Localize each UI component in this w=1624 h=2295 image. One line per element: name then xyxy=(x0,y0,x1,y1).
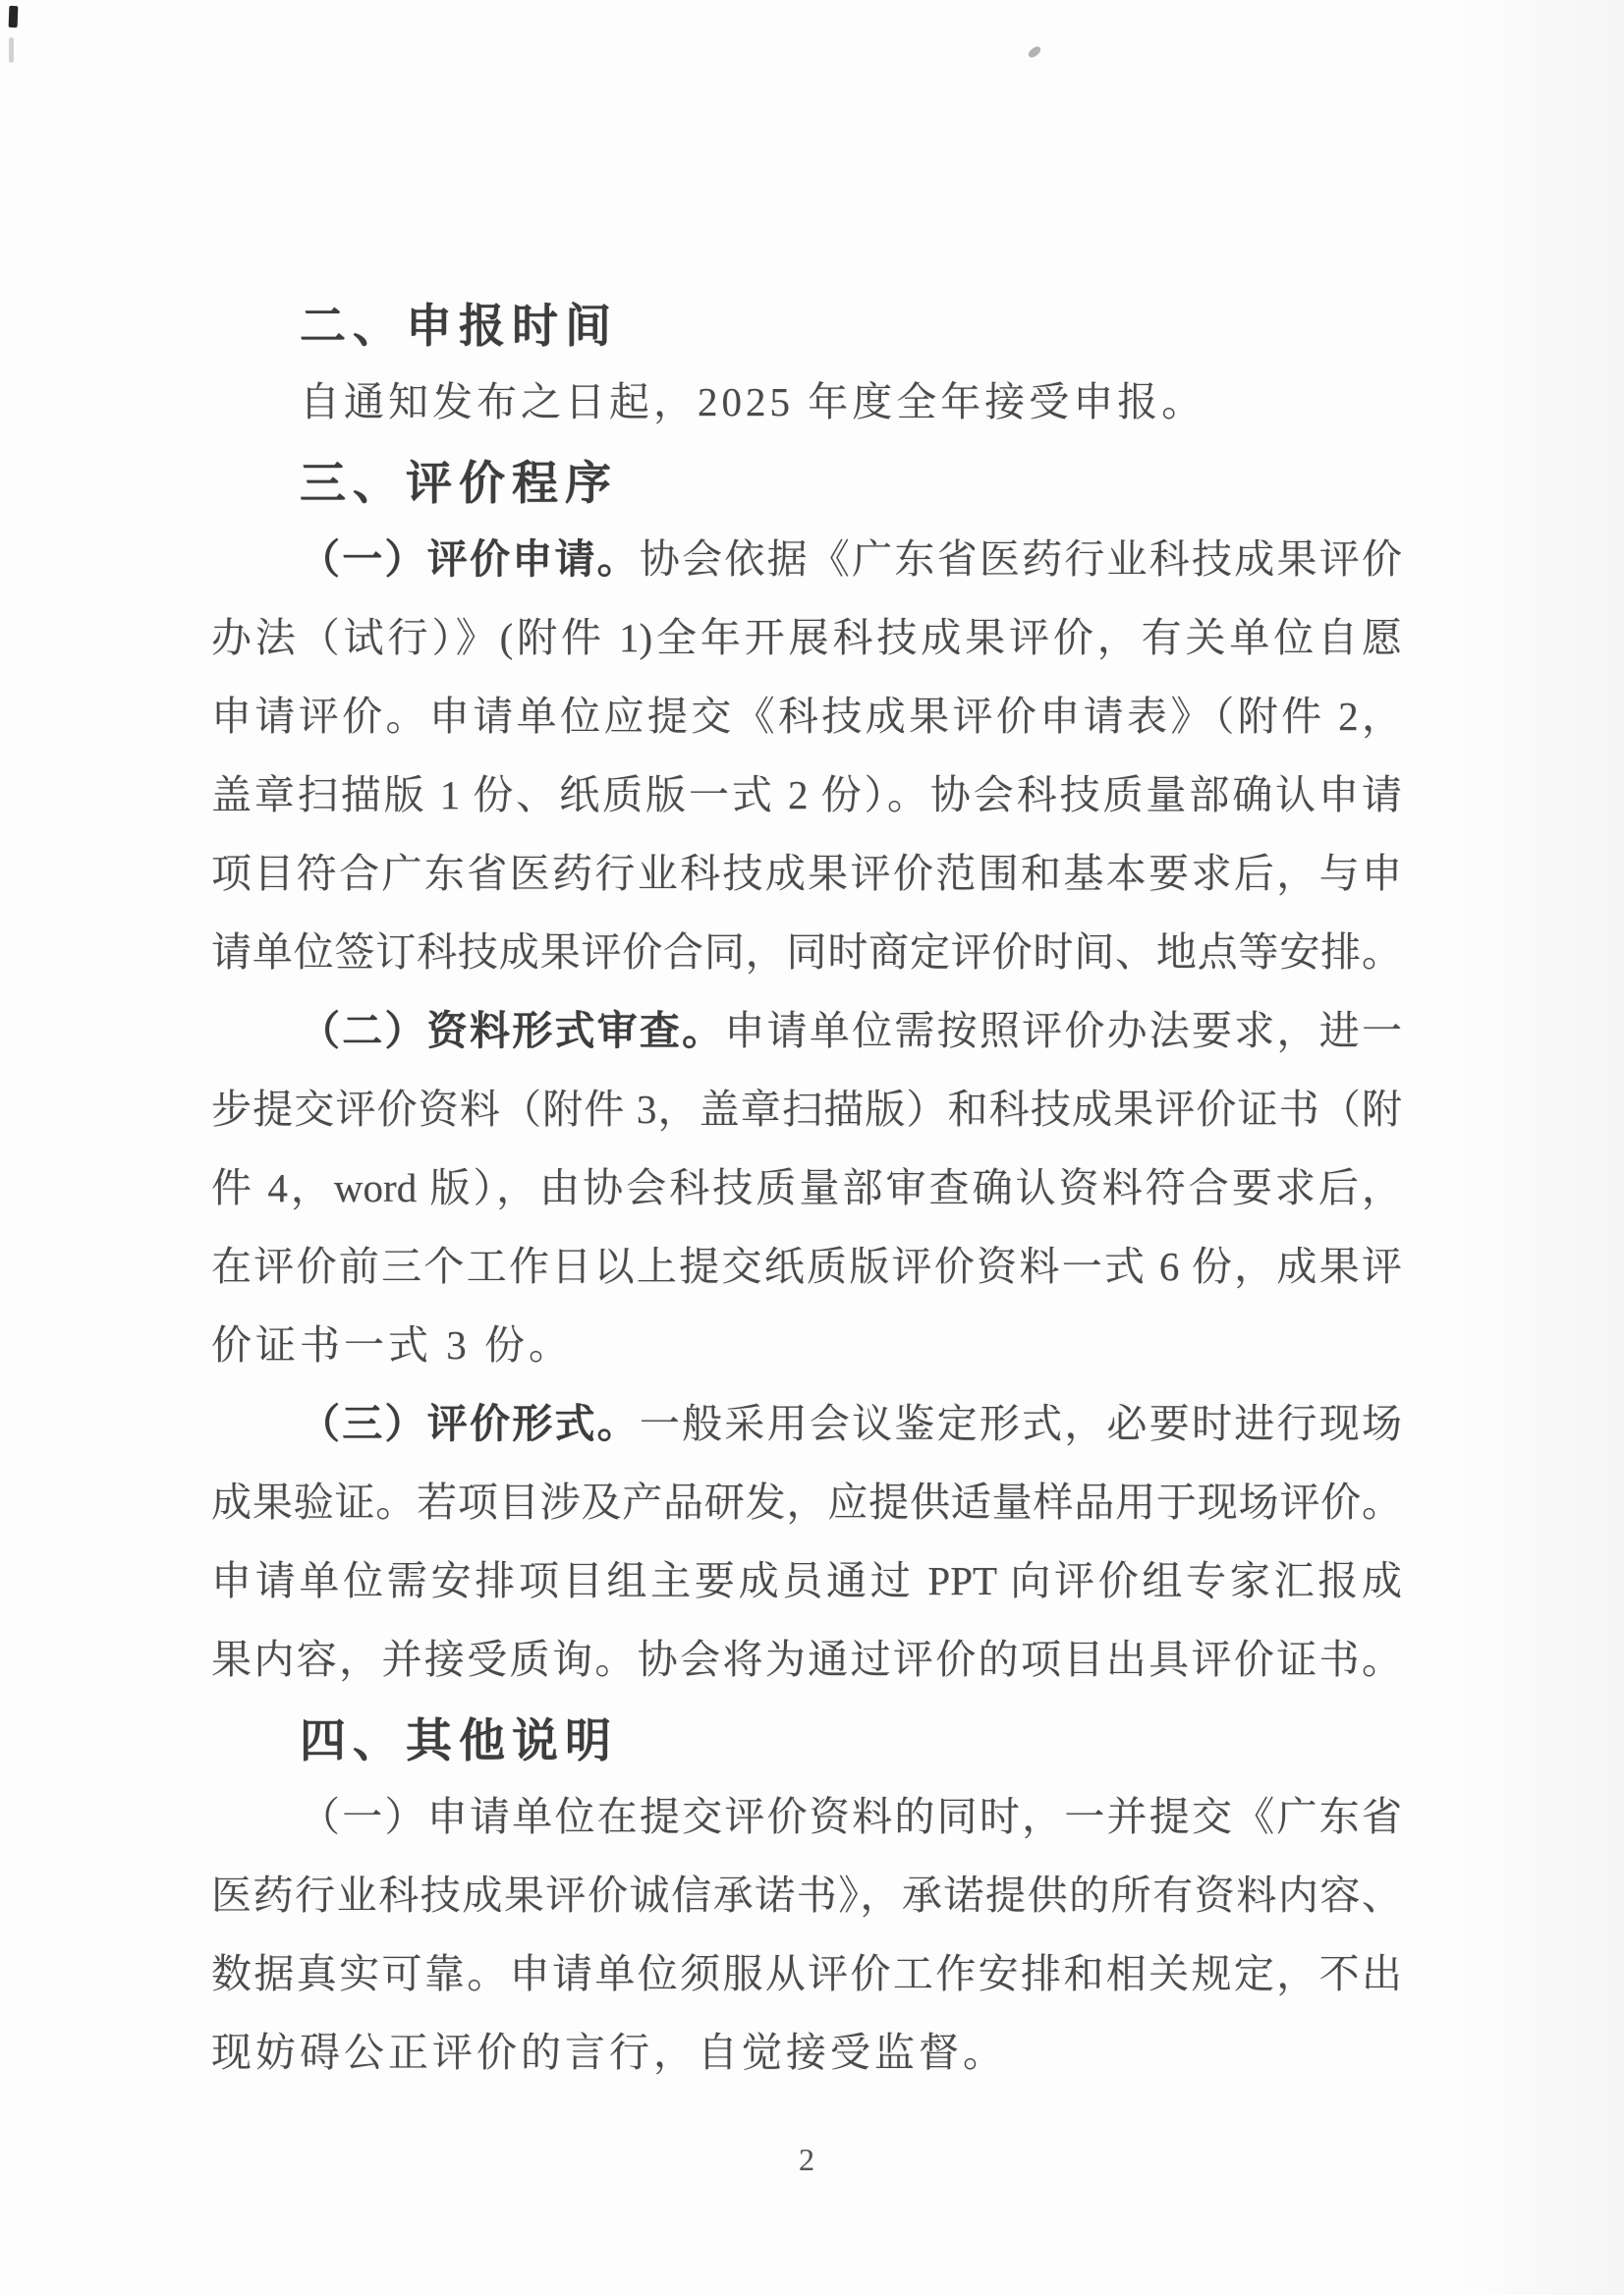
section-heading: 二、申报时间 xyxy=(211,300,1402,355)
line-text: 步提交评价资料（附件 3，盖章扫描版）和科技成果评价证书（附 xyxy=(211,1087,1402,1132)
run-in-heading: （三）评价形式。 xyxy=(300,1401,640,1446)
line-text: 一般采用会议鉴定形式，必要时进行现场 xyxy=(640,1401,1402,1446)
scan-artifact-dash-icon xyxy=(9,6,19,28)
text-line: 自通知发布之日起，2025 年度全年接受申报。 xyxy=(211,378,1402,426)
run-in-heading: （一）评价申请。 xyxy=(300,536,640,582)
line-text: 申请单位需安排项目组主要成员通过 PPT 向评价组专家汇报成 xyxy=(211,1558,1402,1603)
line-text: 请单位签订科技成果评价合同，同时商定评价时间、地点等安排。 xyxy=(211,929,1402,975)
text-line: 成果验证。若项目涉及产品研发，应提供适量样品用于现场评价。 xyxy=(211,1479,1402,1527)
line-text: 成果验证。若项目涉及产品研发，应提供适量样品用于现场评价。 xyxy=(211,1480,1402,1525)
text-line: 申请单位需安排项目组主要成员通过 PPT 向评价组专家汇报成 xyxy=(211,1557,1402,1605)
line-text: 盖章扫描版 1 份、纸质版一式 2 份）。协会科技质量部确认申请 xyxy=(211,772,1402,817)
line-text: 项目符合广东省医药行业科技成果评价范围和基本要求后，与申 xyxy=(211,851,1402,896)
section-heading-text: 三、评价程序 xyxy=(300,457,618,511)
text-line: 项目符合广东省医药行业科技成果评价范围和基本要求后，与申 xyxy=(211,850,1402,898)
line-text: 价证书一式 3 份。 xyxy=(211,1322,573,1368)
line-text: 办法（试行）》(附件 1)全年开展科技成果评价，有关单位自愿 xyxy=(211,615,1402,660)
section-heading: 三、评价程序 xyxy=(211,457,1402,512)
text-line: 办法（试行）》(附件 1)全年开展科技成果评价，有关单位自愿 xyxy=(211,614,1402,662)
text-line: 在评价前三个工作日以上提交纸质版评价资料一式 6 份，成果评 xyxy=(211,1243,1402,1291)
text-line: 医药行业科技成果评价诚信承诺书》，承诺提供的所有资料内容、 xyxy=(211,1872,1402,1920)
line-text: （一）申请单位在提交评价资料的同时，一并提交《广东省 xyxy=(300,1794,1402,1839)
line-text: 数据真实可靠。申请单位须服从评价工作安排和相关规定，不出 xyxy=(211,1951,1402,1996)
text-line: （三）评价形式。一般采用会议鉴定形式，必要时进行现场 xyxy=(211,1400,1402,1448)
text-line: （二）资料形式审查。申请单位需按照评价办法要求，进一 xyxy=(211,1007,1402,1055)
line-text: 在评价前三个工作日以上提交纸质版评价资料一式 6 份，成果评 xyxy=(211,1244,1402,1289)
text-line: 步提交评价资料（附件 3，盖章扫描版）和科技成果评价证书（附 xyxy=(211,1086,1402,1134)
line-text: 果内容，并接受质询。协会将为通过评价的项目出具评价证书。 xyxy=(211,1637,1402,1682)
text-line: 现妨碍公正评价的言行，自觉接受监督。 xyxy=(211,2029,1402,2077)
run-in-heading: （二）资料形式审查。 xyxy=(300,1008,724,1053)
line-text: 件 4，word 版），由协会科技质量部审查确认资料符合要求后， xyxy=(211,1165,1402,1210)
section-heading: 四、其他说明 xyxy=(211,1714,1402,1769)
text-line: 果内容，并接受质询。协会将为通过评价的项目出具评价证书。 xyxy=(211,1636,1402,1684)
text-line: 数据真实可靠。申请单位须服从评价工作安排和相关规定，不出 xyxy=(211,1950,1402,1998)
text-line: 请单位签订科技成果评价合同，同时商定评价时间、地点等安排。 xyxy=(211,928,1402,977)
line-text: 医药行业科技成果评价诚信承诺书》，承诺提供的所有资料内容、 xyxy=(211,1873,1402,1918)
section-heading-text: 四、其他说明 xyxy=(300,1714,618,1768)
text-line: 件 4，word 版），由协会科技质量部审查确认资料符合要求后， xyxy=(211,1164,1402,1212)
text-line: 申请评价。申请单位应提交《科技成果评价申请表》（附件 2， xyxy=(211,693,1402,741)
text-line: （一）申请单位在提交评价资料的同时，一并提交《广东省 xyxy=(211,1793,1402,1841)
line-text: 申请单位需按照评价办法要求，进一 xyxy=(724,1008,1402,1053)
section-heading-text: 二、申报时间 xyxy=(300,300,618,354)
line-text: 协会依据《广东省医药行业科技成果评价 xyxy=(640,536,1402,582)
scan-artifact-faint-dash-icon xyxy=(9,37,14,63)
text-line: 价证书一式 3 份。 xyxy=(211,1321,1402,1370)
line-text: 现妨碍公正评价的言行，自觉接受监督。 xyxy=(211,2030,1007,2075)
text-line: 盖章扫描版 1 份、纸质版一式 2 份）。协会科技质量部确认申请 xyxy=(211,771,1402,819)
page-number: 2 xyxy=(211,2142,1402,2178)
text-line: （一）评价申请。协会依据《广东省医药行业科技成果评价 xyxy=(211,535,1402,584)
document-lines: 二、申报时间自通知发布之日起，2025 年度全年接受申报。三、评价程序（一）评价… xyxy=(211,0,1402,2295)
document-page: 二、申报时间自通知发布之日起，2025 年度全年接受申报。三、评价程序（一）评价… xyxy=(0,0,1624,2295)
line-text: 申请评价。申请单位应提交《科技成果评价申请表》（附件 2， xyxy=(211,694,1402,739)
line-text: 自通知发布之日起，2025 年度全年接受申报。 xyxy=(300,379,1205,424)
scan-edge-shadow xyxy=(1457,0,1624,2295)
